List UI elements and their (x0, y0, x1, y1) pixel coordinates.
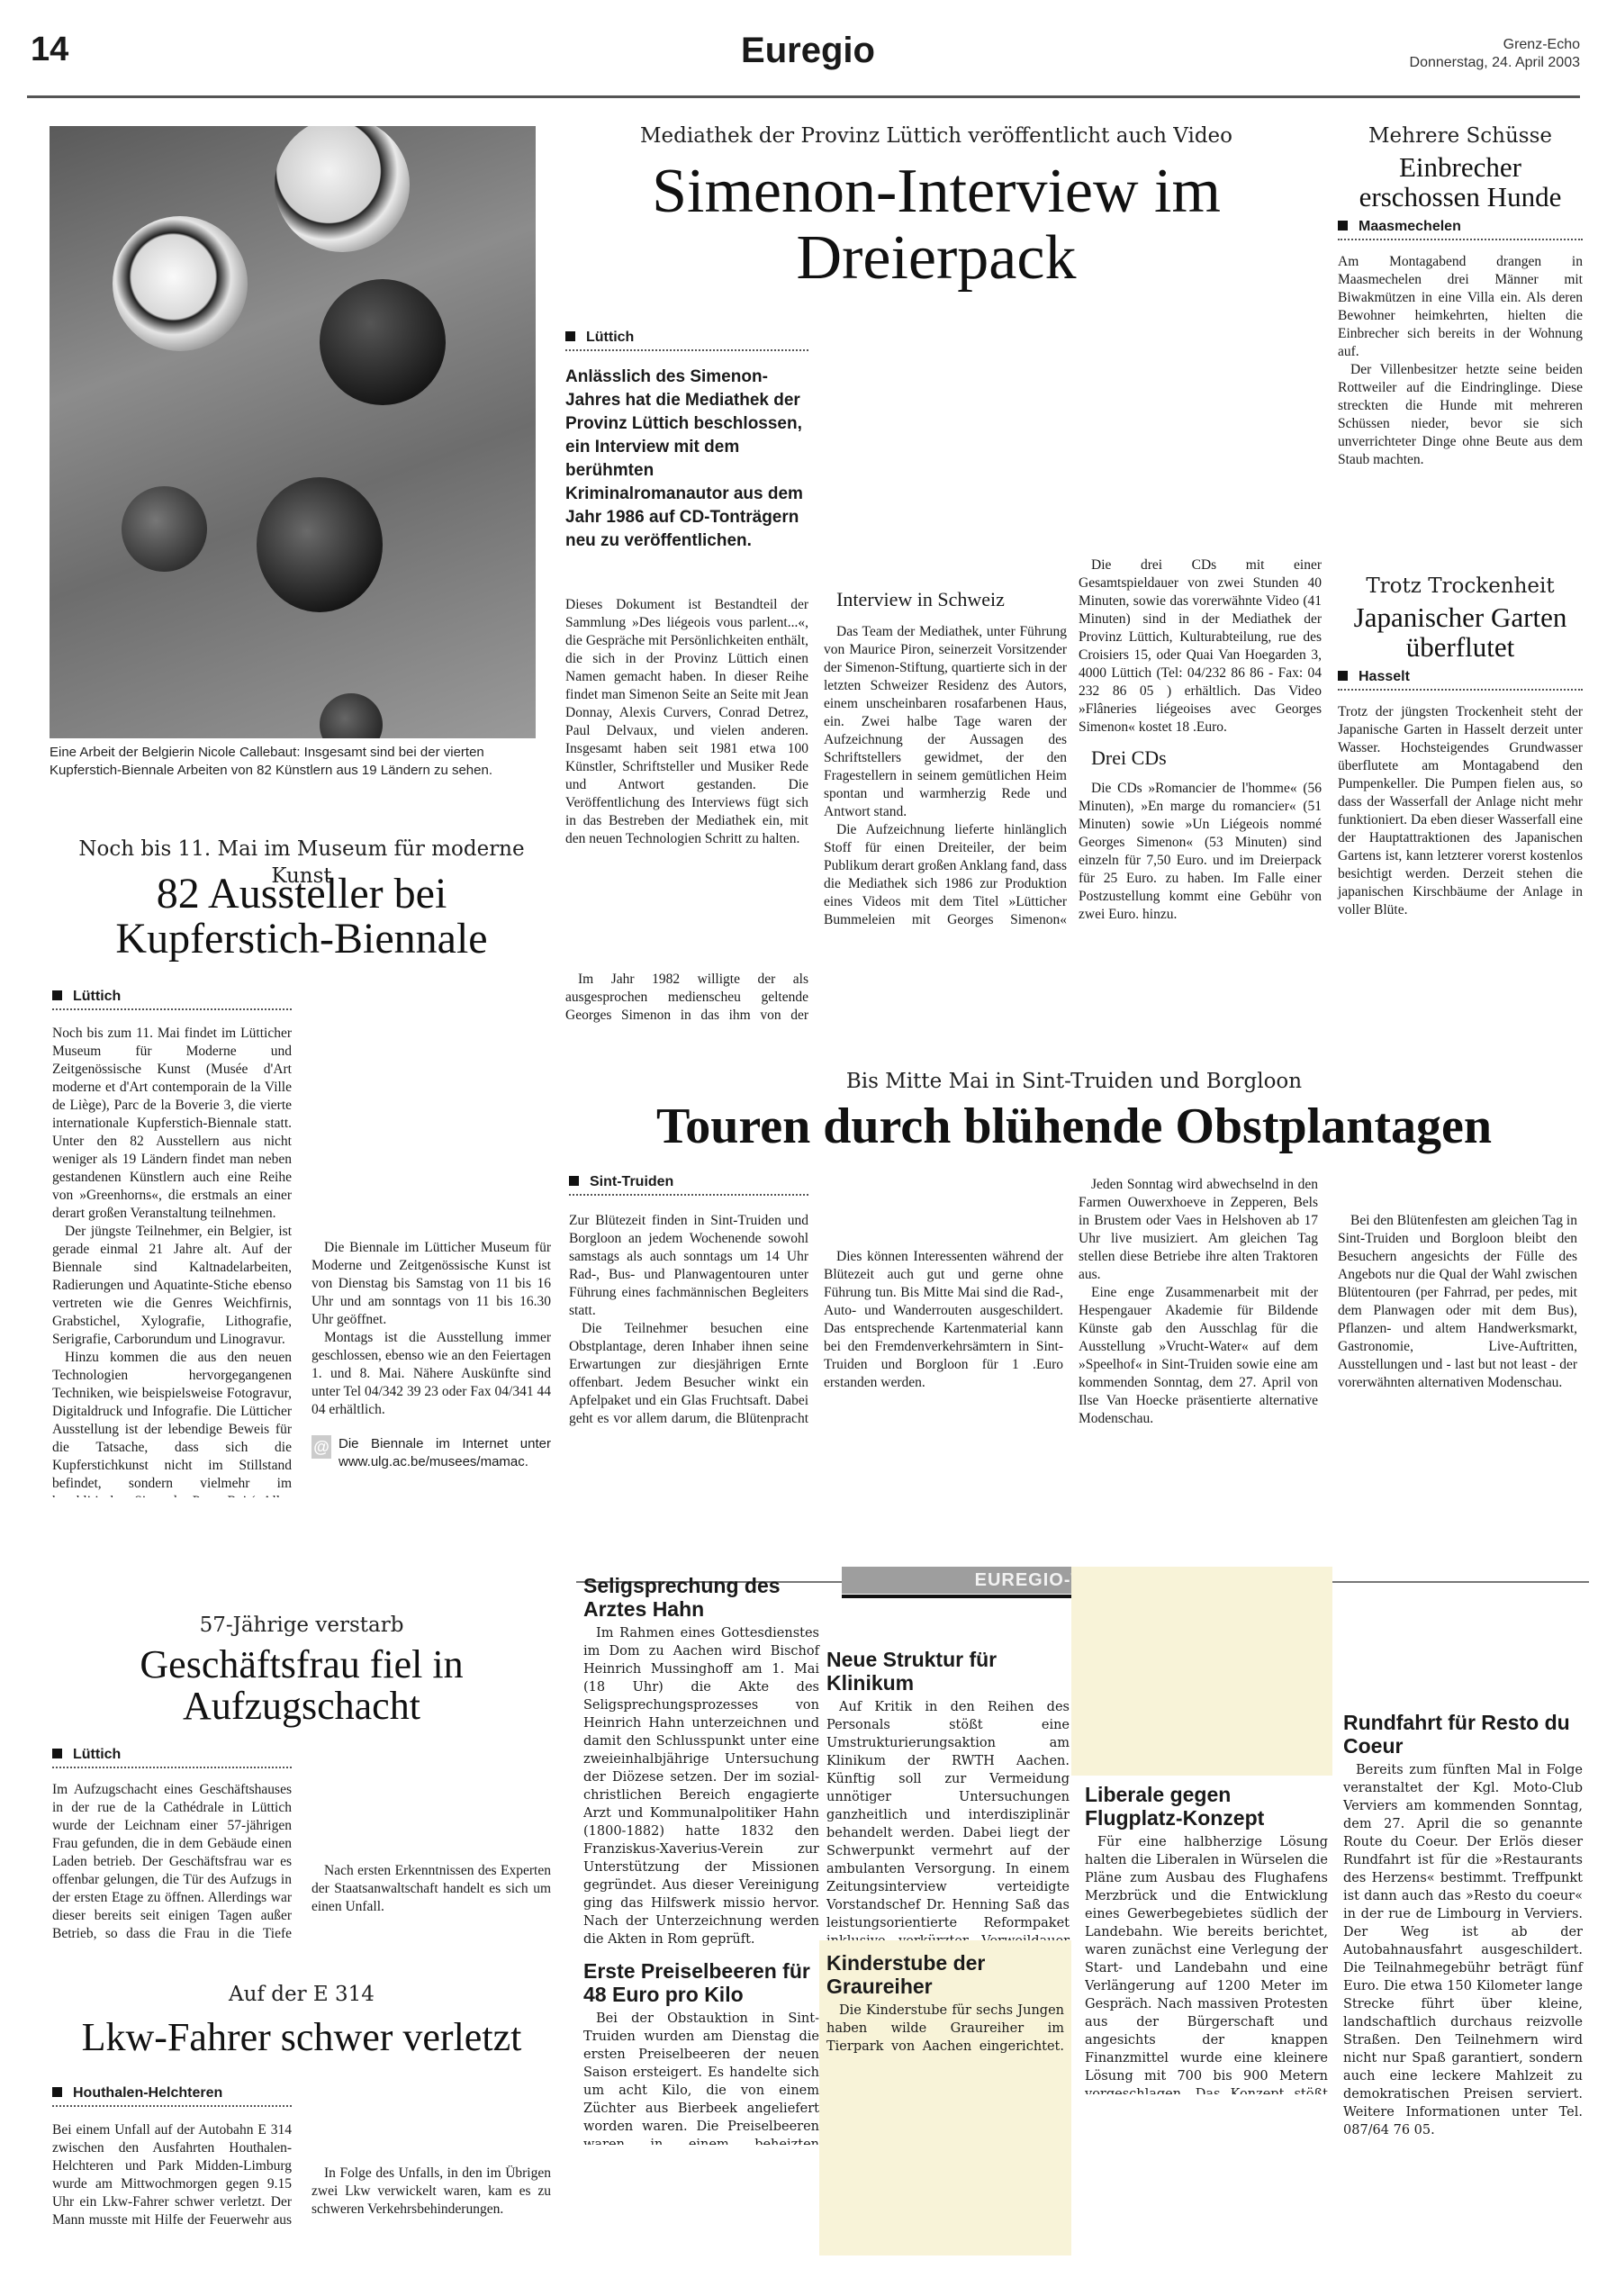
lkw-headline: Lkw-Fahrer schwer verletzt (50, 2017, 554, 2058)
obst-headline: Touren durch blühende Obstplantagen (565, 1100, 1583, 1153)
web-link[interactable]: Die Biennale im Internet unter www.ulg.a… (339, 1436, 551, 1469)
lkw-kicker: Auf der E 314 (50, 1981, 554, 2008)
lkw-dateline: Houthalen-Helchteren (52, 2085, 292, 2107)
subhead: Drei CDs (1079, 746, 1322, 771)
dateline-text: Sint-Truiden (590, 1174, 673, 1189)
telegramm-text: Für eine halbherzige Lösung halten die L… (1085, 1833, 1328, 2094)
aufzug-col1: Im Aufzugschacht eines Geschäftshauses i… (52, 1781, 292, 1943)
telegramm-text: Die Kinderstube für sechs Jungen haben w… (826, 2002, 1064, 2056)
simenon-headline: Simenon-Interview im Dreierpack (540, 158, 1332, 291)
dateline-square-icon (52, 2087, 62, 2097)
dateline-text: Lüttich (73, 1747, 121, 1762)
telegramm-headline: Seligsprechung des Arztes Hahn (583, 1574, 819, 1621)
telegramm-headline: Liberale gegen Flugplatz-Konzept (1085, 1783, 1328, 1830)
telegramm-headline: Kinderstube der Graureiher (826, 1951, 1064, 1998)
dateline-text: Hasselt (1359, 669, 1410, 684)
dateline-text: Houthalen-Helchteren (73, 2085, 222, 2101)
obst-col4: Bei den Blütenfesten am gleichen Tag in … (1338, 1176, 1577, 1392)
obst-col2: Dies können Interessenten während der Bl… (824, 1176, 1063, 1392)
headline: Einbrecher erschossen Hunde (1338, 153, 1583, 212)
paragraph: Im Jahr 1982 willigte der als ausgesproc… (565, 971, 808, 1025)
dateline-square-icon (1338, 671, 1348, 681)
section-title: Euregio (0, 31, 1616, 71)
paragraph: Hinzu kommen die aus den neuen Technolog… (52, 1349, 292, 1497)
paragraph: Jeden Sonntag wird abwechselnd in den Fa… (1079, 1176, 1318, 1284)
simenon-col3: Die drei CDs mit einer Gesamtspieldauer … (1079, 326, 1322, 924)
paragraph: Das Team der Mediathek, unter Führung vo… (824, 623, 1067, 821)
telegramm-headline: Neue Struktur für Klinikum (826, 1648, 1070, 1695)
biennale-col2: Die Biennale im Lütticher Museum für Mod… (311, 987, 551, 1471)
kicker: Mehrere Schüsse (1338, 122, 1583, 149)
telegramm-col1: Seligsprechung des Arztes Hahn Im Rahmen… (583, 1574, 819, 2145)
paragraph: Nach ersten Erkenntnissen des Experten d… (311, 1862, 551, 1916)
paragraph: Der jüngste Teilnehmer, ein Belgier, ist… (52, 1223, 292, 1349)
telegramm-headline: Rundfahrt für Resto du Coeur (1343, 1711, 1583, 1758)
paragraph: Die Aufzeichnung lieferte hinlänglich St… (824, 821, 1067, 929)
paragraph: Die Teilnehmer besuchen eine Obstplantag… (569, 1320, 808, 1428)
paragraph: Dies können Interessenten während der Bl… (824, 1248, 1063, 1392)
aufzug-kicker: 57-Jährige verstarb (50, 1612, 554, 1639)
biennale-col1: Noch bis zum 11. Mai findet im Lütticher… (52, 1025, 292, 1497)
biennale-dateline: Lüttich (52, 989, 292, 1010)
simenon-col1: Dieses Dokument ist Bestandteil der Samm… (565, 596, 808, 848)
dateline-text: Lüttich (73, 989, 121, 1004)
dateline-square-icon (52, 990, 62, 1000)
telegramm-text: Bei der Obstauktion in Sint-Truiden wurd… (583, 2010, 819, 2145)
paragraph: Montags ist die Ausstellung immer geschl… (311, 1329, 551, 1419)
web-note: @ Die Biennale im Internet unter www.ulg… (311, 1435, 551, 1471)
lkw-col1: Bei einem Unfall auf der Autobahn E 314 … (52, 2121, 292, 2229)
kicker: Trotz Trockenheit (1338, 573, 1583, 600)
biennale-headline: 82 Aussteller bei Kupferstich-Biennale (50, 872, 554, 963)
paragraph: Der Villenbesitzer hetzte seine beiden R… (1338, 361, 1583, 469)
obst-col3: Jeden Sonntag wird abwechselnd in den Fa… (1079, 1176, 1318, 1428)
paragraph: Die Biennale im Lütticher Museum für Mod… (311, 1239, 551, 1329)
at-sign-icon: @ (311, 1435, 331, 1459)
aufzug-col2: Nach ersten Erkenntnissen des Experten d… (311, 1750, 551, 1916)
obst-dateline: Sint-Truiden (569, 1174, 808, 1196)
paragraph: Zur Blütezeit finden in Sint-Truiden und… (569, 1212, 808, 1320)
graureiher-box-cont (1071, 1567, 1332, 1776)
publication-info: Grenz-Echo Donnerstag, 24. April 2003 (1410, 36, 1580, 72)
telegramm-col4: Rundfahrt für Resto du Coeur Bereits zum… (1343, 1711, 1583, 2139)
dateline-square-icon (52, 1749, 62, 1758)
dateline-text: Lüttich (586, 330, 634, 345)
publication-name: Grenz-Echo (1410, 36, 1580, 54)
lkw-col2: In Folge des Unfalls, in den im Übrigen … (311, 2089, 551, 2219)
dateline-text: Maasmechelen (1359, 219, 1461, 234)
photo-caption: Eine Arbeit der Belgierin Nicole Calleba… (50, 744, 536, 780)
paragraph: Im Aufzugschacht eines Geschäftshauses i… (52, 1781, 292, 1943)
simenon-col1-cont: Im Jahr 1982 willigte der als ausgesproc… (565, 971, 808, 1025)
telegramm-text: Bereits zum fünften Mal in Folge veranst… (1343, 1761, 1583, 2139)
dateline-square-icon (565, 331, 575, 341)
paragraph: Eine enge Zusammenarbeit mit der Hespeng… (1079, 1284, 1318, 1428)
einbrecher-article: Mehrere Schüsse Einbrecher erschossen Hu… (1338, 122, 1583, 469)
paragraph: Dieses Dokument ist Bestandteil der Samm… (565, 596, 808, 848)
simenon-kicker: Mediathek der Provinz Lüttich veröffentl… (540, 122, 1332, 149)
paragraph: Trotz der jüngsten Trockenheit steht der… (1338, 703, 1583, 919)
paragraph: Die CDs »Romancier de l'homme« (56 Minut… (1079, 780, 1322, 924)
paragraph: Am Montagabend drangen in Maasmechelen d… (1338, 253, 1583, 361)
obst-kicker: Bis Mitte Mai in Sint-Truiden und Borglo… (565, 1068, 1583, 1095)
telegramm-col3: Liberale gegen Flugplatz-Konzept Für ein… (1085, 1783, 1328, 2094)
aufzug-dateline: Lüttich (52, 1747, 292, 1768)
subhead: Interview in Schweiz (824, 587, 1067, 612)
telegramm-text: Im Rahmen eines Gottesdienstes im Dom zu… (583, 1624, 819, 1948)
simenon-lead: Anlässlich des Simenon-Jahres hat die Me… (565, 366, 808, 553)
telegramm-headline: Erste Preiselbeeren für 48 Euro pro Kilo (583, 1959, 819, 2006)
telegramm-rule-right (1328, 1581, 1589, 1583)
garten-article: Trotz Trockenheit Japanischer Garten übe… (1338, 573, 1583, 919)
dateline-square-icon (1338, 221, 1348, 231)
paragraph: Die drei CDs mit einer Gesamtspieldauer … (1079, 556, 1322, 737)
art-photo (50, 126, 536, 738)
dateline-square-icon (569, 1176, 579, 1186)
obst-col1: Zur Blütezeit finden in Sint-Truiden und… (569, 1212, 808, 1428)
header-rule (27, 95, 1580, 98)
aufzug-headline: Geschäftsfrau fiel in Aufzugschacht (50, 1644, 554, 1727)
simenon-col2: Interview in Schweiz Das Team der Mediat… (824, 326, 1067, 929)
paragraph: Noch bis zum 11. Mai findet im Lütticher… (52, 1025, 292, 1223)
paragraph: In Folge des Unfalls, in den im Übrigen … (311, 2165, 551, 2219)
graureiher-box: Kinderstube der Graureiher Die Kinderstu… (819, 1940, 1071, 2255)
paragraph: Bei einem Unfall auf der Autobahn E 314 … (52, 2121, 292, 2229)
simenon-dateline: Lüttich (565, 330, 808, 351)
publication-date: Donnerstag, 24. April 2003 (1410, 54, 1580, 72)
headline: Japanischer Garten überflutet (1338, 603, 1583, 662)
paragraph: Bei den Blütenfesten am gleichen Tag in … (1338, 1212, 1577, 1392)
